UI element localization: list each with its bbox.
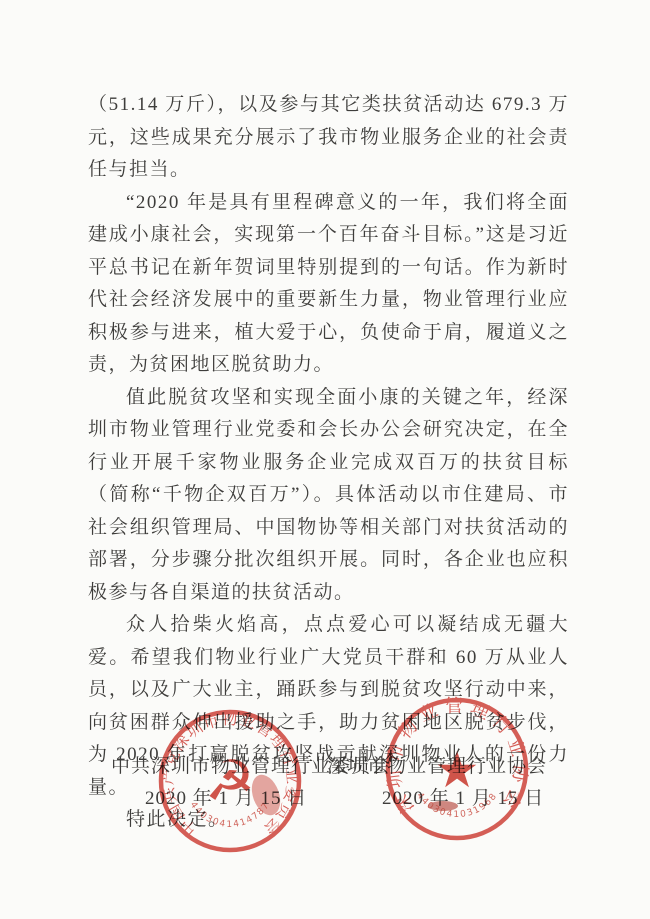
scanned-document-page: （51.14 万斤），以及参与其它类扶贫活动达 679.3 万元，这些成果充分展… bbox=[0, 0, 650, 919]
association-seal: 深圳市物业管理行业协会 ★ 4403041031968 bbox=[382, 694, 532, 844]
paragraph-continuation: （51.14 万斤），以及参与其它类扶贫活动达 679.3 万元，这些成果充分展… bbox=[88, 89, 569, 187]
hammer-sickle-icon: ☭ bbox=[205, 749, 255, 814]
paragraph: 值此脱贫攻坚和实现全面小康的关键之年，经深圳市物业管理行业党委和会长办公会研究决… bbox=[88, 382, 569, 610]
star-icon: ★ bbox=[435, 741, 480, 799]
paragraph: “2020 年是具有里程碑意义的一年，我们将全面建成小康社会，实现第一个百年奋斗… bbox=[88, 187, 569, 382]
ink-smudge bbox=[428, 801, 458, 811]
party-committee-seal: 中国共产党深圳市物业管理行业委员会 ☭ 4403041414787 bbox=[155, 706, 305, 856]
